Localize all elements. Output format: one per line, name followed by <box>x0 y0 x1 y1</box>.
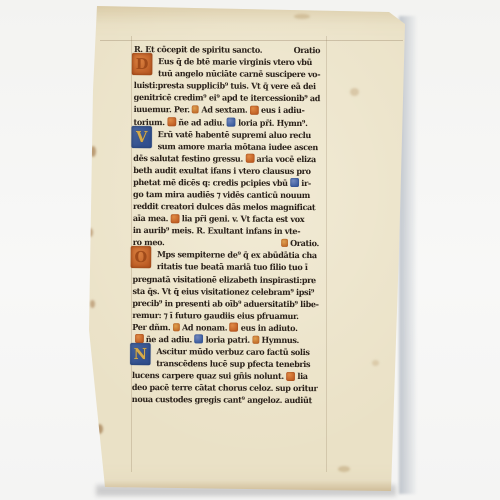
lombard-initial-red <box>286 372 295 381</box>
stain <box>90 300 95 308</box>
lombard-initial-blue <box>290 178 299 187</box>
text-line: reddit creatori dulces dās melos magnifi… <box>133 200 319 213</box>
text-run: phetat mē dicēs q: credis pcipies vbū <box>133 177 288 188</box>
stain <box>96 424 103 434</box>
ruling-line-right <box>326 36 327 472</box>
text-run: Ad nonam. <box>182 322 227 332</box>
text-run: precib⁹ in presenti ab oīb⁹ aduersitatib… <box>132 298 318 309</box>
stain <box>338 466 350 472</box>
text-run: eus i adiu- <box>261 105 305 115</box>
text-run: aria vocē eliza <box>256 153 315 163</box>
text-run: Ascitur mūdo verbuz caro factū solis <box>156 346 309 357</box>
text-block: R. Et cōcepit de spiritu sancto.OratioEu… <box>132 43 320 406</box>
text-run: Eus q̄ de btē marie virginis vtero vbū <box>158 56 312 67</box>
text-line: luisti:presta supplicib⁹ tuis. Vt q̄ ver… <box>134 79 320 92</box>
text-line: Mps sempiterne de⁹ q̄ ex abūdātia cha <box>133 248 319 261</box>
stain <box>88 228 93 237</box>
text-run: Hymnus. <box>262 335 300 345</box>
text-run: loria pr̄i. Hymn⁹. <box>238 117 308 127</box>
decorated-initial-V: V <box>131 126 152 148</box>
lombard-initial-red <box>245 154 254 163</box>
text-line: precib⁹ in presenti ab oīb⁹ aduersitatib… <box>132 297 318 310</box>
lombard-initial-blue <box>227 118 236 127</box>
text-run: reddit creatori dulces dās melos magnifi… <box>133 201 315 212</box>
text-line: deo pacē terre cātat chorus celoz. sup o… <box>132 381 318 394</box>
text-run: sum amore maria mōtana iudee ascen <box>158 141 318 152</box>
lombard-initial-red <box>171 214 180 223</box>
text-line: lucens carpere quaz sui gñis nolunt.lia <box>132 369 318 382</box>
text-line: Erū vatē habentē supremi aluo reclu <box>133 128 319 141</box>
photo-background: R. Et cōcepit de spiritu sancto.OratioEu… <box>0 0 500 500</box>
decorated-initial-O: O <box>131 246 152 268</box>
text-line: R. Et cōcepit de spiritu sancto.Oratio <box>134 43 320 56</box>
decorated-initial-N: N <box>130 343 151 365</box>
text-run: Erū vatē habentē supremi aluo reclu <box>158 129 311 140</box>
paragraph-mark <box>173 323 180 331</box>
manuscript-leaf: R. Et cōcepit de spiritu sancto.OratioEu… <box>0 0 500 500</box>
text-line: Per dñm.Ad nonam.eus in adiuto. <box>132 321 318 334</box>
text-line: phetat mē dicēs q: credis pcipies vbūir- <box>133 176 319 189</box>
text-line: torium.ñe ad adiu.loria pr̄i. Hymn⁹. <box>133 115 319 128</box>
text-run: loria patri. <box>206 334 250 344</box>
paragraph-mark <box>192 106 199 114</box>
lombard-initial-red <box>167 117 176 126</box>
text-run: Oratio <box>294 45 321 55</box>
text-run: luisti:presta supplicib⁹ tuis. Vt q̄ ver… <box>134 80 316 91</box>
text-run: ñe ad adiu. <box>178 117 224 127</box>
text-run: eus in adiuto. <box>241 322 298 332</box>
text-run: ritatis tue beatā mariā tuo filio tuo ī <box>157 262 308 273</box>
paragraph-mark <box>252 336 259 344</box>
text-run: go tam mira audiēs ⁊ vidēs canticū nouum <box>133 189 310 200</box>
lombard-initial-blue <box>194 335 203 344</box>
text-run: transcēdens lucē sup pfecta tenebris <box>156 358 310 369</box>
text-line: Ascitur mūdo verbuz caro factū solis <box>132 345 318 358</box>
text-run: R. Et cōcepit de spiritu sancto. <box>134 44 262 55</box>
text-run: sta q̄s. Vt q̄ eius visitationez celebra… <box>132 286 314 297</box>
text-run: ñe ad adiu. <box>146 334 192 344</box>
text-line: noua custodes gregis cant⁹ angeloz. audi… <box>132 393 318 406</box>
text-run: Oratio. <box>290 238 319 248</box>
text-line: ñe ad adiu.loria patri.Hymnus. <box>132 333 318 346</box>
text-run: pregnatā visitationē elizabeth inspirast… <box>133 274 316 285</box>
text-run: iuuemur. Per. <box>134 104 190 114</box>
text-line: sta q̄s. Vt q̄ eius visitationez celebra… <box>132 285 318 298</box>
text-run: noua custodes gregis cant⁹ angeloz. audi… <box>132 394 312 405</box>
text-run: deo pacē terre cātat chorus celoz. sup o… <box>132 382 318 393</box>
text-line: tuū angelo nūciāte carnē suscipere vo- <box>134 67 320 80</box>
text-run: genitricē credim⁹ ei⁹ apd te itercession… <box>134 92 320 103</box>
text-line: Eus q̄ de btē marie virginis vtero vbū <box>134 55 320 68</box>
text-run: Per dñm. <box>132 322 170 332</box>
text-line: iuuemur. Per.Ad sextam.eus i adiu- <box>134 103 320 116</box>
text-run: lia pr̄i geni. v. Vt facta est vox <box>182 213 305 224</box>
text-run: in aurib⁹ meis. R. Exultant infans in vt… <box>133 225 300 236</box>
lombard-initial-red <box>230 323 239 332</box>
stain <box>90 146 96 157</box>
spacer <box>164 242 278 243</box>
text-line: aīa mea.lia pr̄i geni. v. Vt facta est v… <box>133 212 319 225</box>
text-line: sum amore maria mōtana iudee ascen <box>133 140 319 153</box>
text-line: pregnatā visitationē elizabeth inspirast… <box>133 272 319 285</box>
decorated-initial-D: D <box>132 53 153 75</box>
text-run: aīa mea. <box>133 213 168 223</box>
text-line: ritatis tue beatā mariā tuo filio tuo ī <box>133 260 319 273</box>
text-line: genitricē credim⁹ ei⁹ apd te itercession… <box>134 91 320 104</box>
text-run: ir- <box>301 178 311 188</box>
text-run: remur: ⁊ ī futuro gaudiis eius pfruamur. <box>132 310 298 321</box>
stain <box>294 14 310 19</box>
text-run: Mps sempiterne de⁹ q̄ ex abūdātia cha <box>157 250 317 261</box>
text-run: lia <box>297 371 307 381</box>
text-line: dēs salutat festino gressu.aria vocē eli… <box>133 152 319 165</box>
text-run: dēs salutat festino gressu. <box>133 153 243 164</box>
text-line: transcēdens lucē sup pfecta tenebris <box>132 357 318 370</box>
lombard-initial-red <box>250 106 259 115</box>
text-run: tuū angelo nūciāte carnē suscipere vo- <box>158 68 320 79</box>
ruling-line-horizontal <box>100 40 403 41</box>
text-run: lucens carpere quaz sui gñis nolunt. <box>132 370 284 381</box>
text-line: remur: ⁊ ī futuro gaudiis eius pfruamur. <box>132 309 318 322</box>
text-line: beth audit exultat ifans i vtero clausus… <box>133 164 319 177</box>
text-line: in aurib⁹ meis. R. Exultant infans in vt… <box>133 224 319 237</box>
paragraph-mark <box>281 239 288 247</box>
text-run: beth audit exultat ifans i vtero clausus… <box>133 165 310 176</box>
stain <box>350 88 359 96</box>
stain <box>372 360 379 366</box>
text-run: Ad sextam. <box>201 105 247 115</box>
text-line: go tam mira audiēs ⁊ vidēs canticū nouum <box>133 188 319 201</box>
text-line: ro meo.Oratio. <box>133 236 319 249</box>
